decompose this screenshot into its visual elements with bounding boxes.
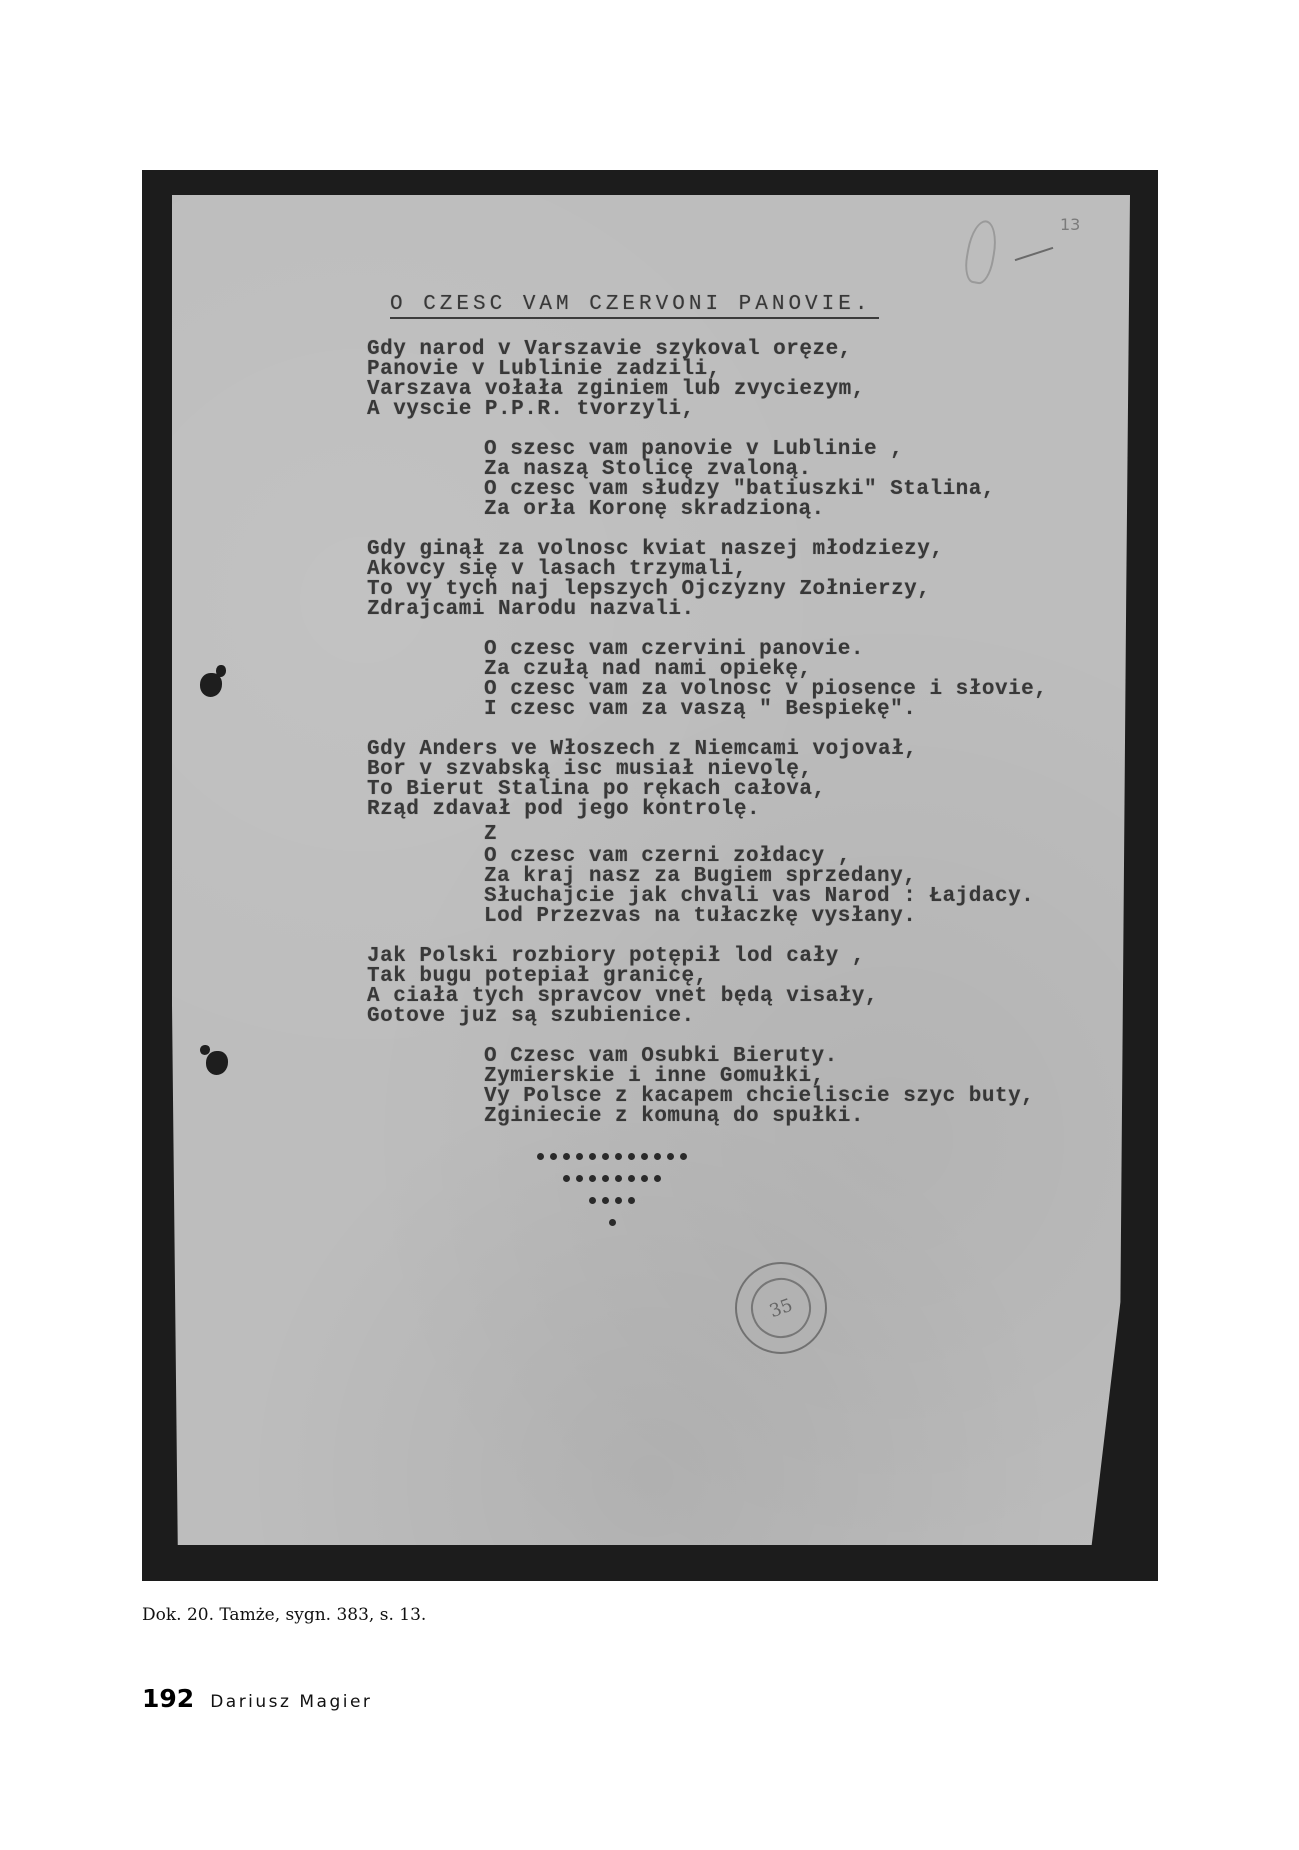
ink-blot: [216, 665, 226, 677]
dot: [537, 1153, 544, 1160]
stanza-3: Gdy Anders ve Włoszech z Niemcami vojova…: [367, 740, 917, 820]
dot: [576, 1153, 583, 1160]
running-author: Dariusz Magier: [210, 1692, 372, 1712]
dot-triangle-ornament: [462, 1145, 762, 1233]
dot: [654, 1175, 661, 1182]
dot: [641, 1153, 648, 1160]
dot: [609, 1219, 616, 1226]
archival-document-photo: 13 O CZESC VAM CZERVONI PANOVIE. Gdy nar…: [142, 170, 1158, 1581]
dot: [680, 1153, 687, 1160]
dot: [589, 1153, 596, 1160]
archive-stamp: 35: [735, 1262, 827, 1354]
ink-blot: [206, 1051, 228, 1075]
dot: [602, 1175, 609, 1182]
dot: [563, 1175, 570, 1182]
dot-row: [462, 1189, 762, 1211]
pencil-page-number: 13: [1060, 215, 1080, 234]
stanza-1: Gdy narod v Varszavie szykoval oręze,Pan…: [367, 340, 865, 420]
dot: [589, 1197, 596, 1204]
dot: [602, 1197, 609, 1204]
refrain-3: O czesc vam czerni zołdacy ,Za kraj nasz…: [484, 847, 1034, 927]
overstrike-mark: Z: [484, 825, 497, 845]
dot: [667, 1153, 674, 1160]
dot: [615, 1153, 622, 1160]
refrain-4: O Czesc vam Osubki Bieruty.Zymierskie i …: [484, 1047, 1034, 1127]
pencil-stroke: [1015, 247, 1054, 261]
dot: [615, 1175, 622, 1182]
page-number: 192: [142, 1684, 194, 1713]
dot: [628, 1153, 635, 1160]
dot: [563, 1153, 570, 1160]
dot: [602, 1153, 609, 1160]
refrain-2: O czesc vam czervini panovie.Za czułą na…: [484, 640, 1047, 720]
dot: [550, 1153, 557, 1160]
dot-row: [462, 1145, 762, 1167]
dot: [628, 1197, 635, 1204]
stamp-number: 35: [743, 1270, 820, 1347]
stanza-4: Jak Polski rozbiory potępił lod cały ,Ta…: [367, 947, 878, 1027]
figure-caption: Dok. 20. Tamże, sygn. 383, s. 13.: [142, 1605, 426, 1625]
dot-row: [462, 1167, 762, 1189]
dot: [615, 1197, 622, 1204]
pencil-scribble: [962, 218, 1001, 286]
dot: [654, 1153, 661, 1160]
page-footer: 192 Dariusz Magier: [142, 1684, 372, 1713]
dot: [628, 1175, 635, 1182]
typewritten-sheet: 13 O CZESC VAM CZERVONI PANOVIE. Gdy nar…: [172, 195, 1130, 1545]
dot-row: [462, 1211, 762, 1233]
dot: [641, 1175, 648, 1182]
dot: [576, 1175, 583, 1182]
poem-title: O CZESC VAM CZERVONI PANOVIE.: [390, 295, 879, 319]
stanza-2: Gdy ginął za volnosc kviat naszej młodzi…: [367, 540, 944, 620]
refrain-1: O szesc vam panovie v Lublinie ,Za naszą…: [484, 440, 995, 520]
dot: [589, 1175, 596, 1182]
